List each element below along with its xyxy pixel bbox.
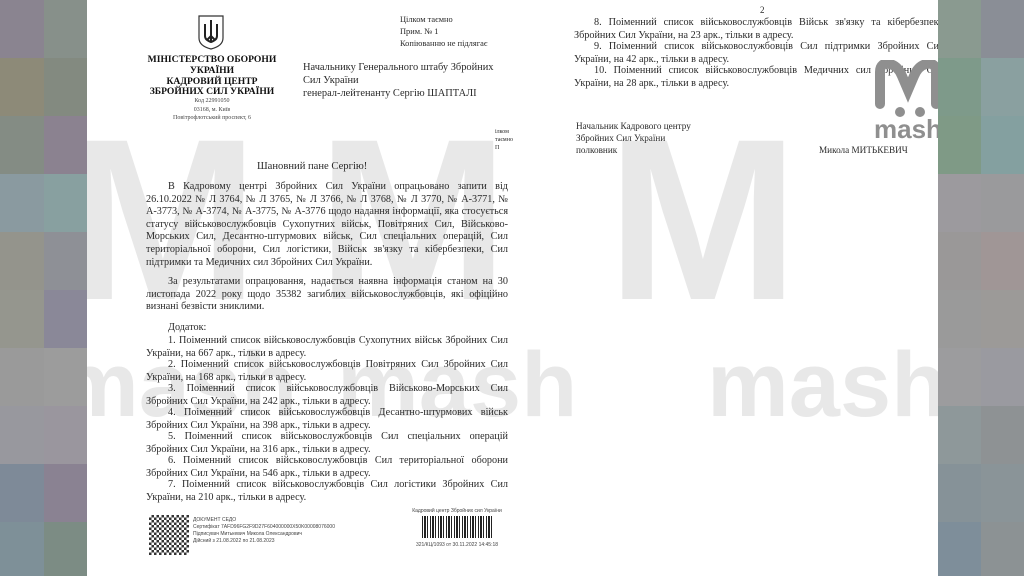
addressee-line: генерал-лейтенанту Сергію ШАПТАЛІ [303, 88, 503, 101]
attachment-item: 2. Поіменний список військовослужбовців … [146, 359, 508, 384]
mosaic-border-left [0, 0, 88, 576]
attachment-item: 6. Поіменний список військовослужбовців … [146, 455, 508, 480]
registration-number: 321/КЦ/1093 от 30.11.2022 14:45:18 [397, 542, 517, 549]
addressee-block: Начальнику Генерального штабу Збройних С… [303, 62, 503, 100]
barcode [422, 516, 492, 538]
classification-line: Цілком таємно [400, 14, 487, 26]
e-signature-title: ДОКУМЕНТ СЕДО [193, 517, 335, 524]
signature-org: Збройних Сил України [576, 132, 691, 144]
signature-name: Микола МИТЬКЕВИЧ [819, 144, 908, 157]
fragment-line: ілком [495, 128, 513, 136]
e-signature-validity: Дійсний з 21.08.2022 по 21.08.2023 [193, 538, 335, 545]
document-page: M M M mash mash mash МІНІСТЕРСТВО ОБОРОН… [87, 0, 938, 576]
signature-rank: полковник [576, 144, 691, 156]
ministry-code: Код 22991050 [147, 97, 277, 106]
registration-org: Кадровий центр Збройних сил України [397, 508, 517, 515]
trident-crest-icon [197, 14, 225, 50]
classification-line: Прим. № 1 [400, 26, 487, 38]
e-signature-signer: Підписувач Митькевич Микола Олександрови… [193, 531, 335, 538]
fragment-line: таємно [495, 136, 513, 144]
ministry-address: 03168, м. Київ [147, 106, 277, 115]
e-signature-certificate: Сертифікат 7AFD96FG2F9D27F604000000X50K0… [193, 524, 335, 531]
ministry-line: УКРАЇНИ [147, 66, 277, 77]
mosaic-border-right [938, 0, 1024, 576]
attachment-item: 7. Поіменний список військовослужбовців … [146, 479, 508, 504]
body-paragraph-1: В Кадровому центрі Збройних Сил України … [146, 181, 508, 269]
classification-fragment: ілком таємно П [495, 128, 513, 152]
addressee-line: Сил України [303, 75, 503, 88]
salutation: Шановний пане Сергію! [257, 161, 367, 174]
fragment-line: П [495, 144, 513, 152]
classification-block: Цілком таємно Прим. № 1 Копіюванню не пі… [400, 14, 487, 50]
attachment-item: 1. Поіменний список військовослужбовців … [146, 335, 508, 360]
attachment-item: 5. Поіменний список військовослужбовців … [146, 431, 508, 456]
e-signature-block: ДОКУМЕНТ СЕДО Сертифікат 7AFD96FG2F9D27F… [193, 517, 335, 545]
ministry-address: Повітрофлотський проспект, 6 [147, 114, 277, 123]
attachments-label: Додаток: [168, 322, 206, 335]
page-number: 2 [760, 4, 765, 17]
classification-line: Копіюванню не підлягає [400, 38, 487, 50]
attachment-item: 8. Поіменний список військовослужбовців … [574, 17, 938, 42]
signature-block: Начальник Кадрового центру Збройних Сил … [576, 120, 691, 156]
qr-code [149, 515, 189, 555]
svg-text:mash: mash [874, 114, 938, 140]
attachment-item: 3. Поіменний список військовослужбовців … [146, 383, 508, 408]
signature-title: Начальник Кадрового центру [576, 120, 691, 132]
ministry-details: Код 22991050 03168, м. Київ Повітрофлотс… [147, 97, 277, 123]
body-paragraph-2: За результатами опрацювання, надається н… [146, 276, 508, 314]
ministry-header: МІНІСТЕРСТВО ОБОРОНИ УКРАЇНИ КАДРОВИЙ ЦЕ… [147, 55, 277, 98]
addressee-line: Начальнику Генерального штабу Збройних [303, 62, 503, 75]
attachment-item: 4. Поіменний список військовослужбовців … [146, 407, 508, 432]
mash-logo-icon: mash [872, 60, 938, 140]
watermark-text-3: mash [707, 340, 938, 430]
